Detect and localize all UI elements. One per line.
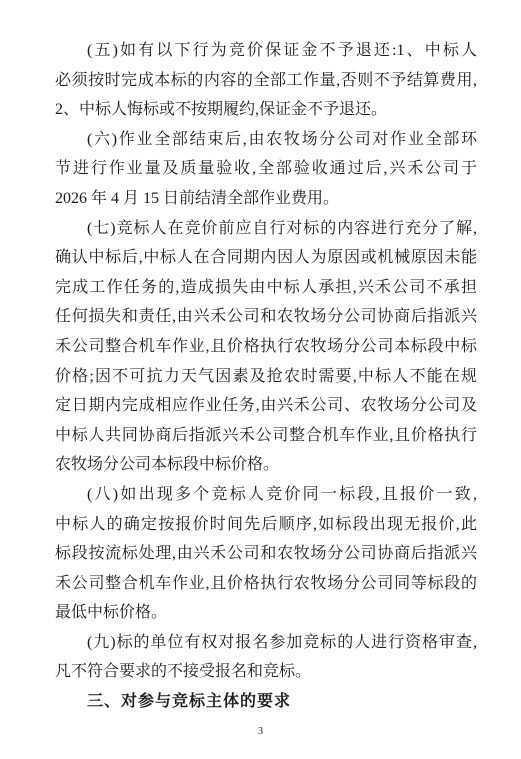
text-line: 价格;因不可抗力天气因素及抢农时需要,中标人不能在规 [55,362,477,392]
text-line: 确认中标后,中标人在合同期内因人为原因或机械原因未能 [55,243,477,273]
text-line: 必须按时完成本标的内容的全部工作量,否则不予结算费用, [55,66,477,96]
text-line: 2、中标人悔标或不按期履约,保证金不予退还。 [55,95,477,125]
text-line: (五)如有以下行为竞价保证金不予退还:1、中标人 [55,36,477,66]
text-line: 凡不符合要求的不接受报名和竞标。 [55,657,477,687]
document-page: (五)如有以下行为竞价保证金不予退还:1、中标人必须按时完成本标的内容的全部工作… [0,0,521,759]
text-line: 标段按流标处理,由兴禾公司和农牧场分公司协商后指派兴 [55,539,477,569]
text-line: 中标人的确定按报价时间先后顺序,如标段出现无报价,此 [55,510,477,540]
text-line: 农牧场分公司本标段中标价格。 [55,450,477,480]
text-line: (八)如出现多个竞标人竞价同一标段,且报价一致, [55,480,477,510]
text-line: 2026 年 4 月 15 日前结清全部作业费用。 [55,184,477,214]
text-line: 节进行作业量及质量验收,全部验收通过后,兴禾公司于 [55,154,477,184]
text-line: (七)竞标人在竞价前应自行对标的内容进行充分了解, [55,214,477,244]
section-heading: 三、对参与竞标主体的要求 [55,687,477,717]
page-number: 3 [0,725,521,739]
text-line: (九)标的单位有权对报名参加竞标的人进行资格审查, [55,628,477,658]
text-line: (六)作业全部结束后,由农牧场分公司对作业全部环 [55,125,477,155]
text-line: 完成工作任务的,造成损失由中标人承担,兴禾公司不承担 [55,273,477,303]
text-line: 定日期内完成相应作业任务,由兴禾公司、农牧场分公司及 [55,391,477,421]
document-body: (五)如有以下行为竞价保证金不予退还:1、中标人必须按时完成本标的内容的全部工作… [55,36,477,717]
text-line: 最低中标价格。 [55,598,477,628]
text-line: 中标人共同协商后指派兴禾公司整合机车作业,且价格执行 [55,421,477,451]
text-line: 任何损失和责任,由兴禾公司和农牧场分公司协商后指派兴 [55,302,477,332]
text-line: 禾公司整合机车作业,且价格执行农牧场分公司同等标段的 [55,569,477,599]
text-line: 禾公司整合机车作业,且价格执行农牧场分公司本标段中标 [55,332,477,362]
